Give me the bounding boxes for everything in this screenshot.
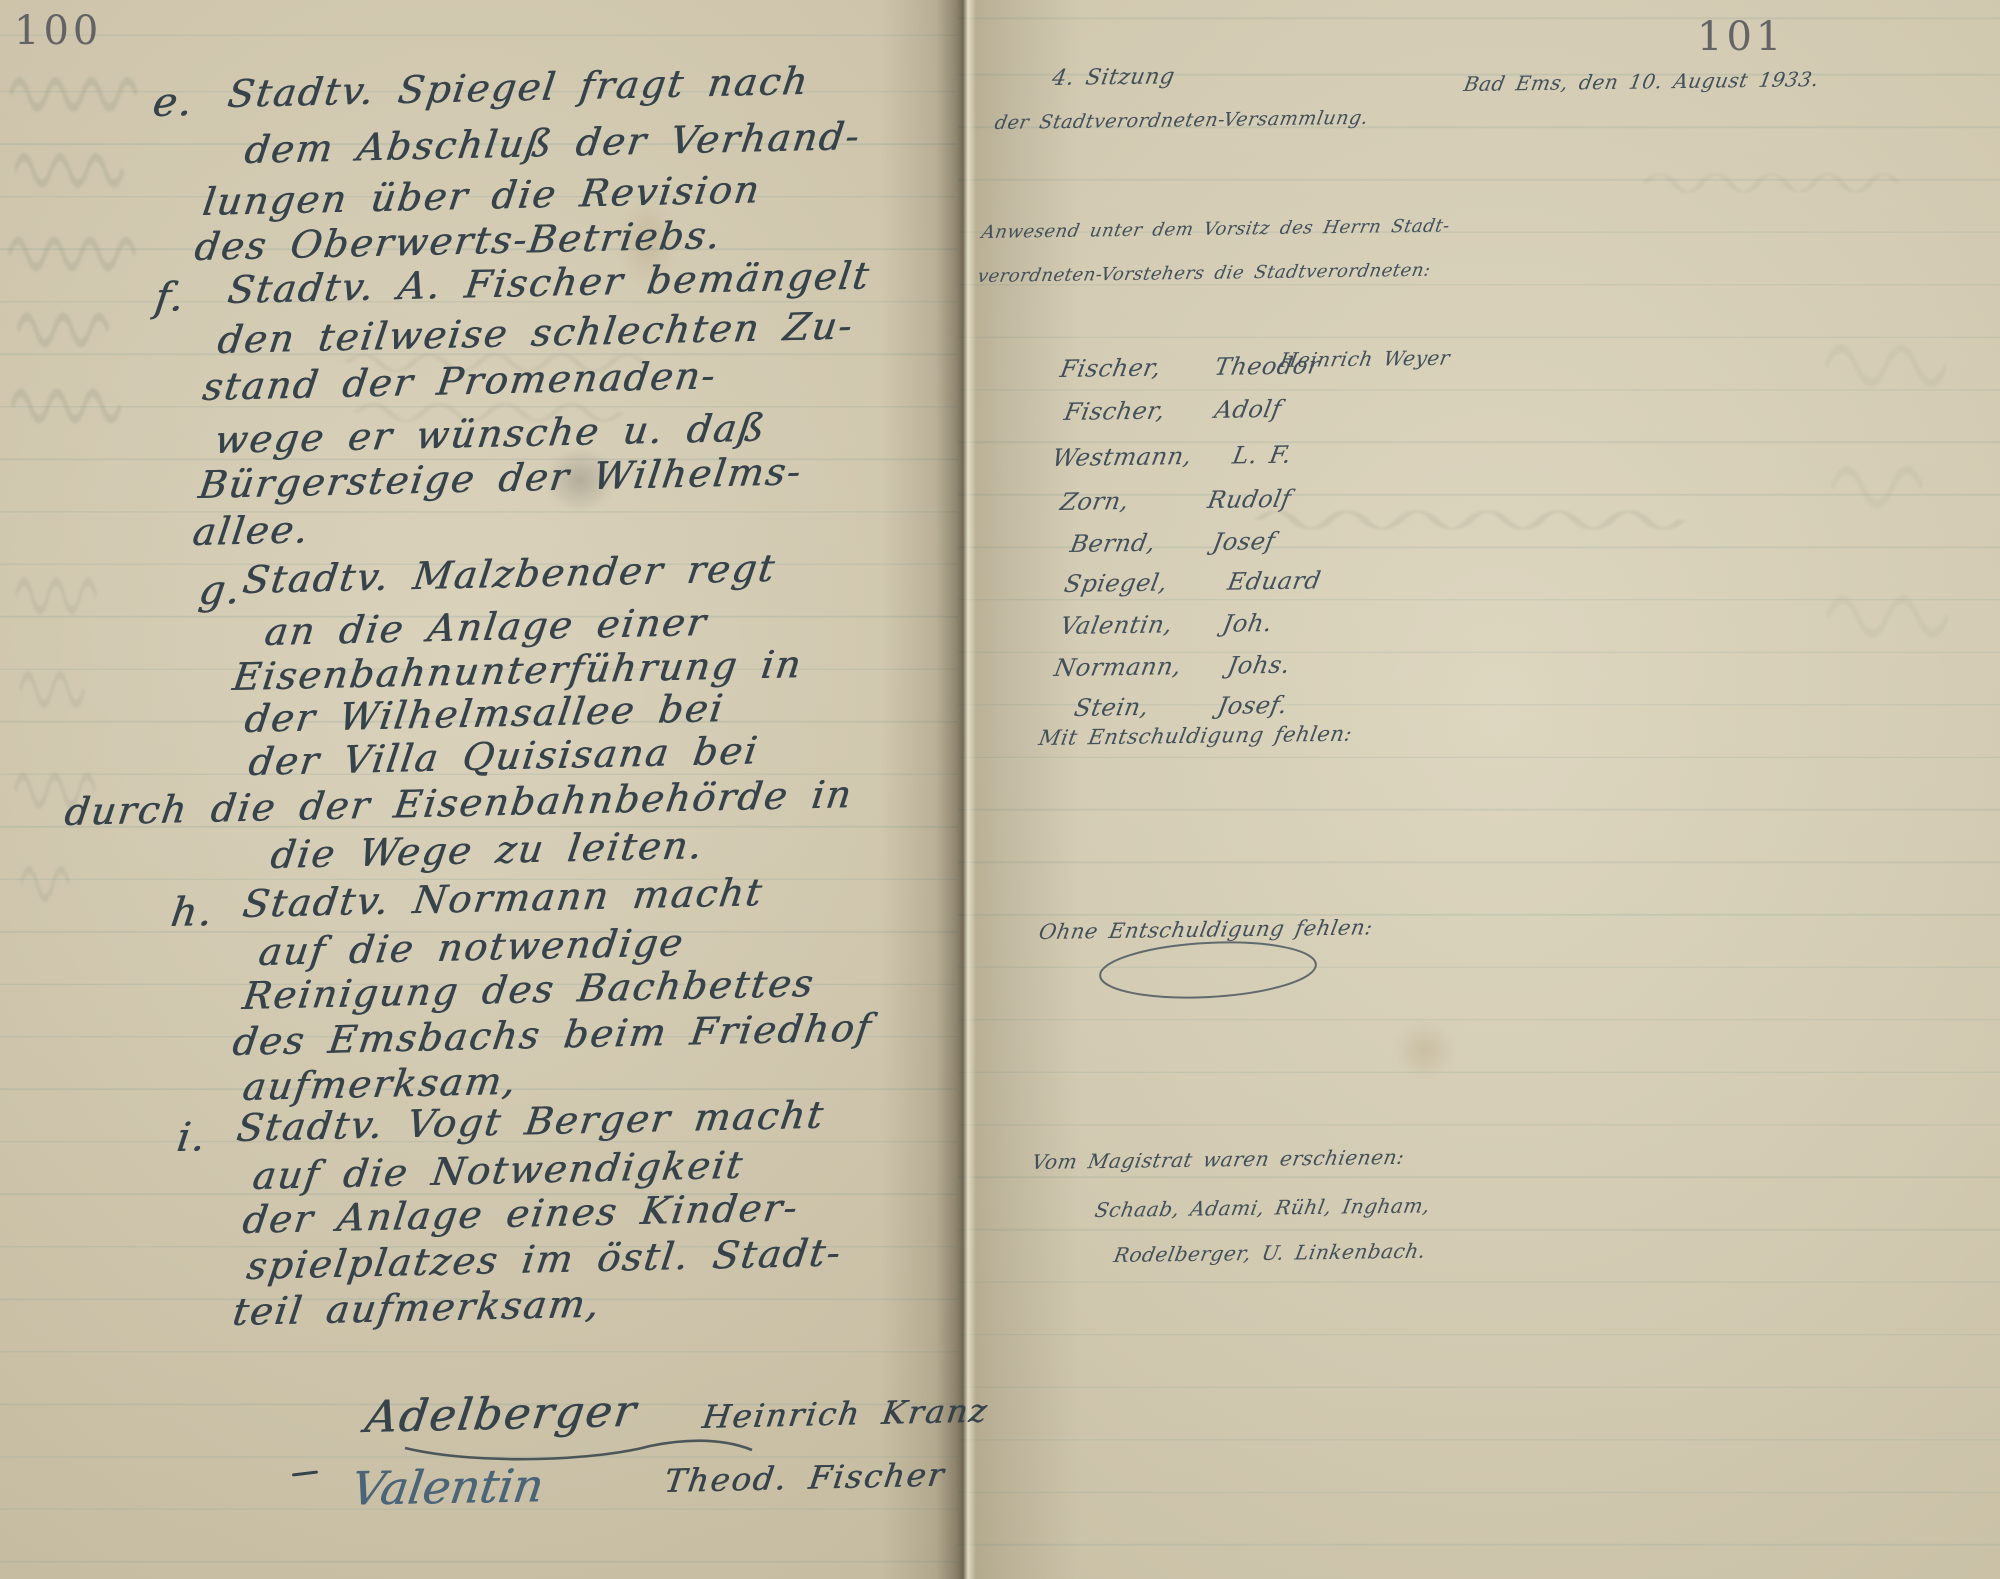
attendee-surname: Normann,: [1052, 652, 1184, 682]
item-e-label: e.: [150, 79, 197, 126]
magistrat-line-2: Schaab, Adami, Rühl, Ingham,: [1093, 1193, 1432, 1222]
attendee-surname: Fischer,: [1062, 397, 1168, 426]
item-i-line-5: teil aufmerksam,: [230, 1282, 604, 1334]
signature-heinrich-kranz: Heinrich Kranz: [700, 1392, 991, 1436]
attendee-firstname: Josef: [1210, 527, 1277, 556]
attendee-surname: Zorn,: [1058, 487, 1131, 516]
attendee-surname: Valentin,: [1058, 610, 1175, 640]
unexcused-heading: Ohne Entschuldigung fehlen:: [1037, 915, 1375, 944]
attendee-surname: Fischer,: [1058, 354, 1164, 383]
signature-valentin: Valentin: [348, 1458, 547, 1515]
ledger-scan: 100 e. Stadtv. Spiegel fragt nach dem Ab…: [0, 0, 2000, 1579]
attendee-firstname: Adolf: [1212, 395, 1283, 424]
item-h-label: h.: [168, 889, 217, 936]
session-title: 4. Sitzung: [1050, 64, 1177, 91]
excused-heading: Mit Entschuldigung fehlen:: [1037, 722, 1354, 750]
attendee-surname: Westmann,: [1050, 442, 1194, 472]
signature-adelberger: Adelberger: [362, 1386, 640, 1443]
attendee-firstname: Theodor: [1212, 351, 1322, 380]
item-f-line-6: allee.: [190, 507, 312, 554]
page-number-right: 101: [1697, 14, 1785, 60]
item-i-label: i.: [174, 1114, 210, 1161]
attendee-firstname: Rudolf: [1205, 485, 1293, 514]
attendee-firstname: Josef.: [1215, 691, 1289, 720]
attendee-surname: Spiegel,: [1062, 569, 1170, 598]
dateline: Bad Ems, den 10. August 1933.: [1462, 67, 1821, 96]
item-f-label: f.: [152, 274, 188, 321]
attendee-firstname: Johs.: [1225, 651, 1292, 680]
attendee-firstname: Eduard: [1225, 566, 1323, 595]
attendee-firstname: Joh.: [1220, 609, 1274, 638]
signature-theod-fischer: Theod. Fischer: [662, 1456, 948, 1500]
attendee-surname: Bernd,: [1068, 529, 1158, 558]
page-number-left: 100: [14, 8, 102, 54]
attendee-surname: Stein,: [1072, 693, 1151, 722]
attendee-firstname: L. F.: [1230, 441, 1293, 470]
item-g-label: g.: [196, 567, 245, 614]
magistrat-line-3: Rodelberger, U. Linkenbach.: [1112, 1239, 1428, 1267]
